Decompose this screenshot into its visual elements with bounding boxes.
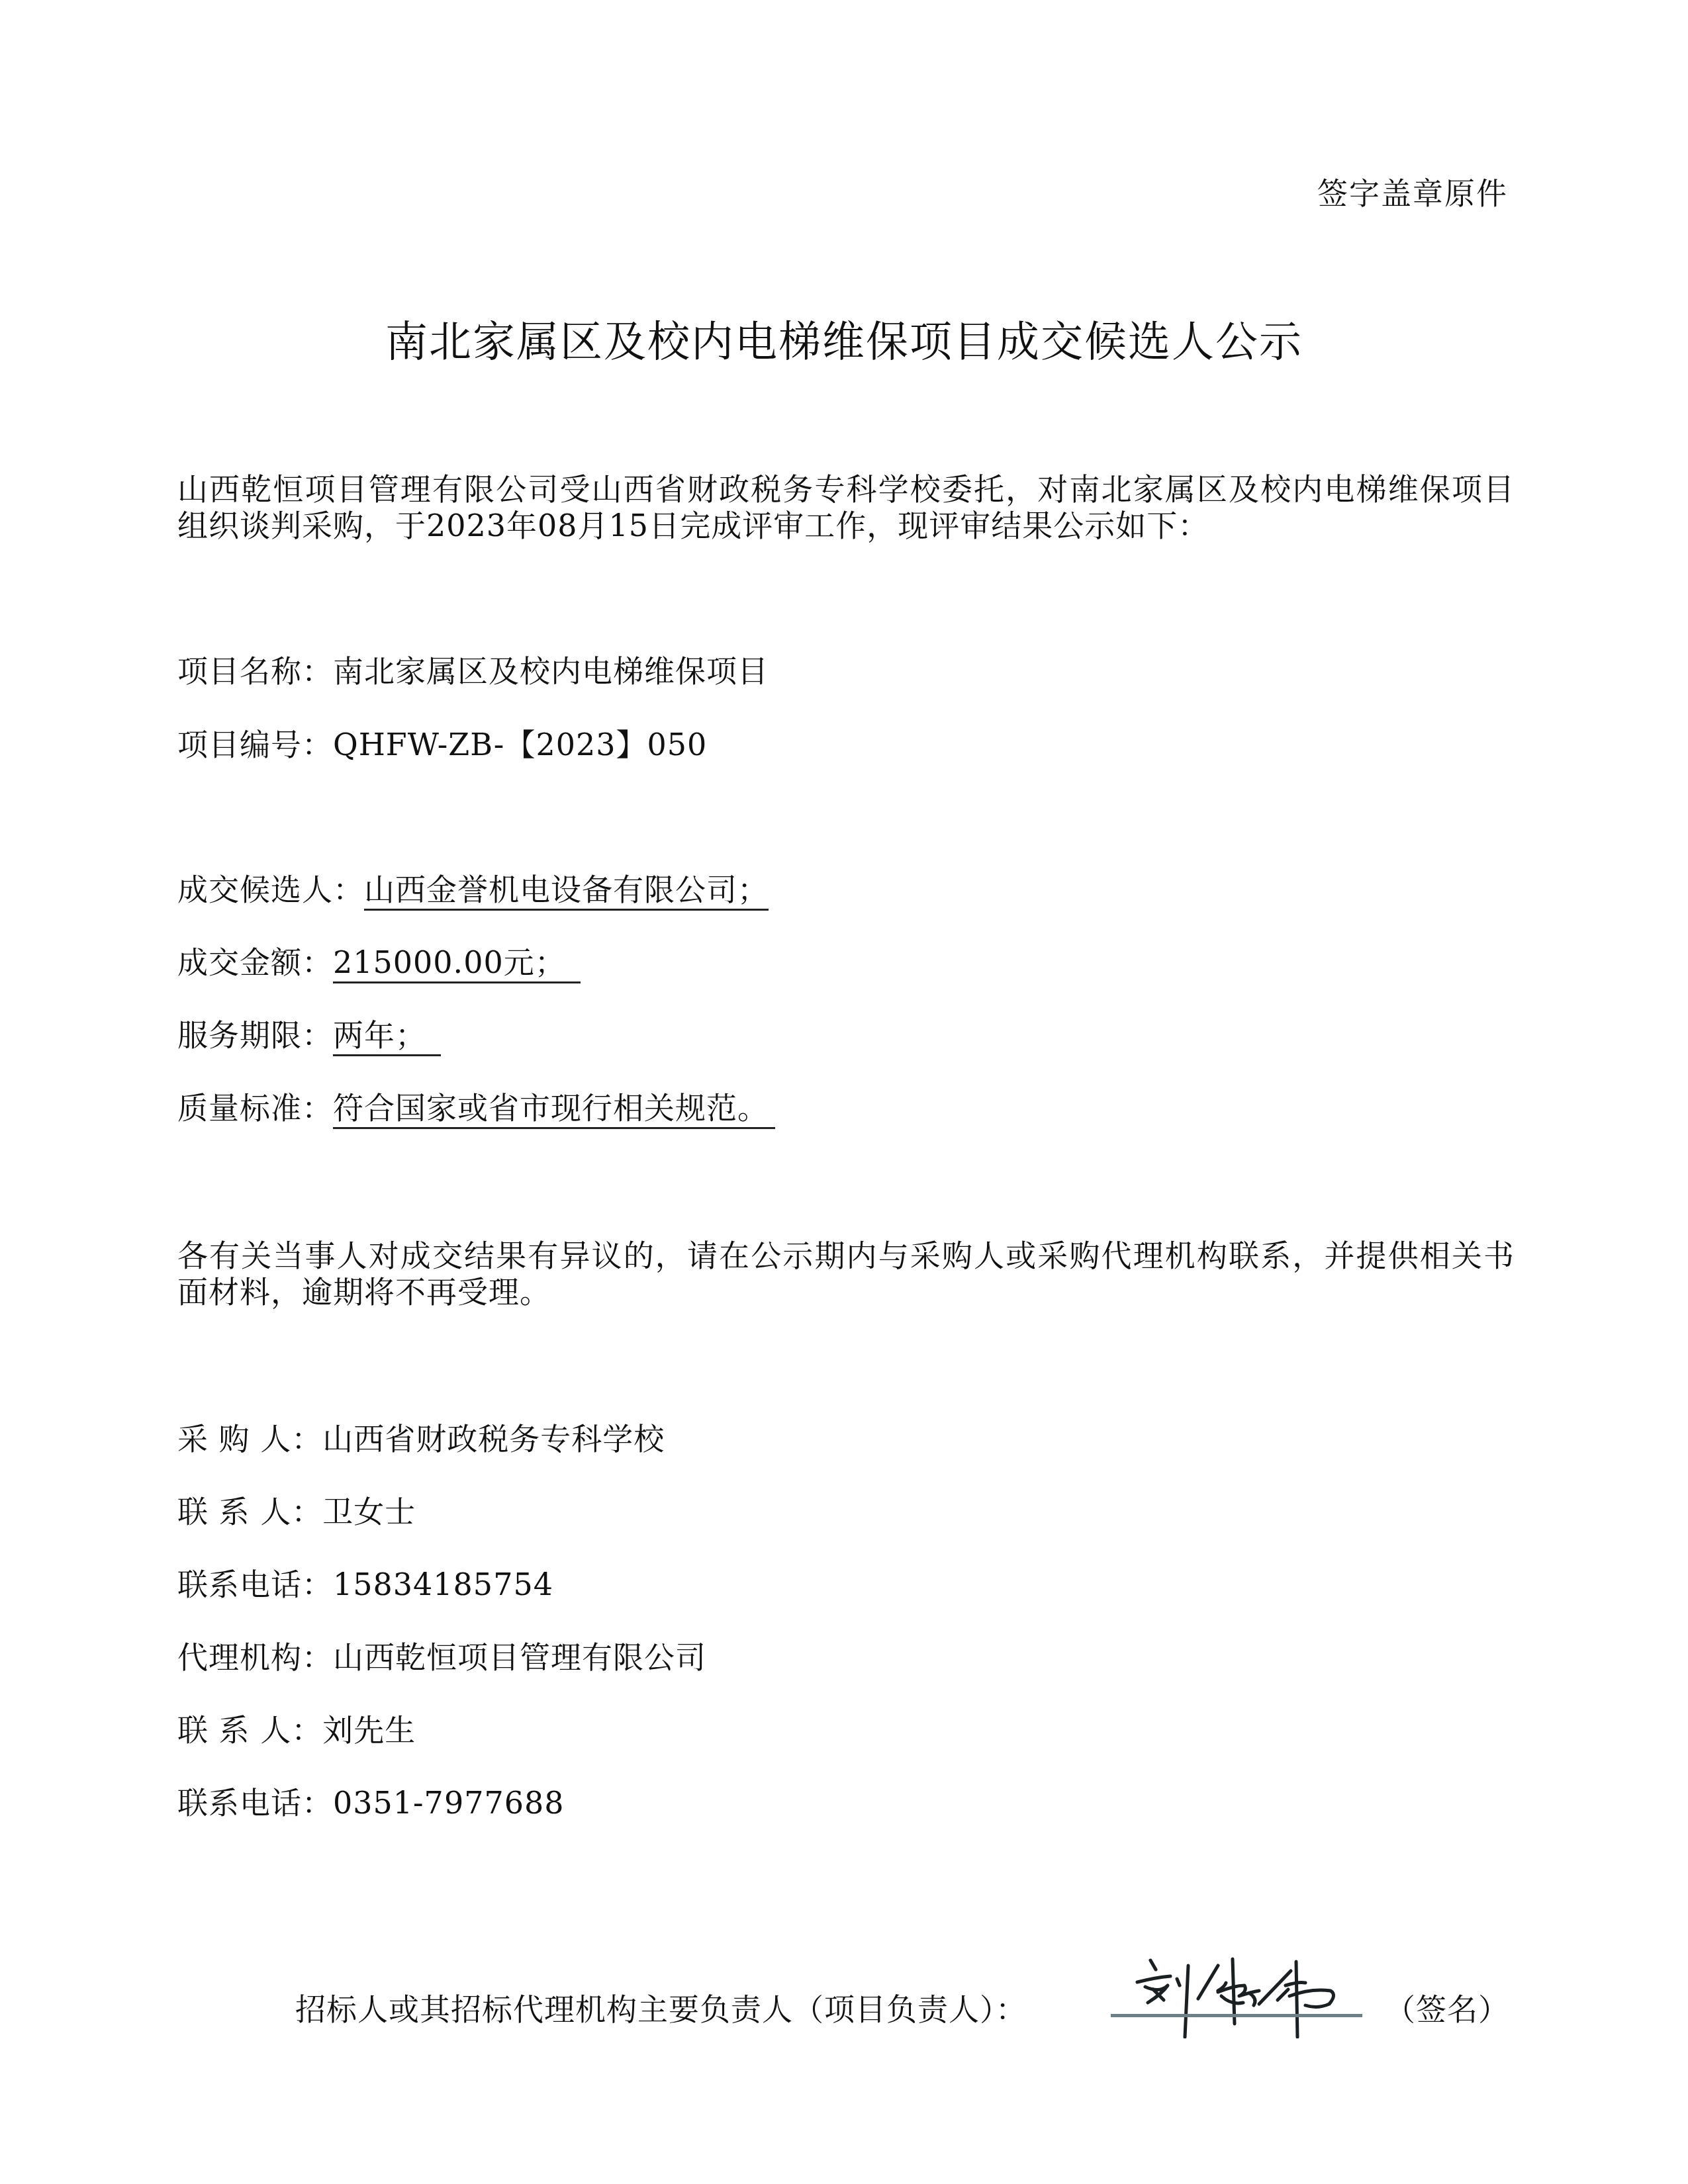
signature-suffix: （签名） bbox=[1385, 1989, 1509, 2029]
amount-row: 成交金额：215000.00元； bbox=[177, 942, 581, 982]
quality-standard-value: 符合国家或省市现行相关规范。 bbox=[333, 1090, 775, 1129]
agency-phone-row: 联系电话：0351-7977688 bbox=[177, 1783, 564, 1823]
agency-value: 山西乾恒项目管理有限公司 bbox=[333, 1639, 706, 1675]
agency-label: 代理机构： bbox=[177, 1639, 333, 1675]
project-name-value: 南北家属区及校内电梯维保项目 bbox=[333, 653, 769, 689]
signature-line bbox=[1111, 2014, 1362, 2017]
amount-value: 215000.00元； bbox=[333, 944, 581, 983]
quality-standard-label: 质量标准： bbox=[177, 1090, 333, 1126]
agency-contact-label: 联 系 人： bbox=[177, 1712, 322, 1748]
purchaser-phone-label: 联系电话： bbox=[177, 1567, 333, 1602]
purchaser-contact-label: 联 系 人： bbox=[177, 1494, 322, 1529]
project-code-label: 项目编号： bbox=[177, 727, 333, 762]
signature-label: 招标人或其招标代理机构主要负责人（项目负责人）： bbox=[295, 1989, 1027, 2029]
agency-phone-value: 0351-7977688 bbox=[333, 1785, 564, 1821]
candidate-label: 成交候选人： bbox=[177, 872, 364, 907]
agency-contact-value: 刘先生 bbox=[322, 1712, 416, 1748]
purchaser-phone-value: 15834185754 bbox=[333, 1567, 553, 1602]
candidate-value: 山西金誉机电设备有限公司； bbox=[364, 872, 769, 911]
agency-row: 代理机构：山西乾恒项目管理有限公司 bbox=[177, 1637, 706, 1677]
project-name-label: 项目名称： bbox=[177, 653, 333, 689]
document-title: 南北家属区及校内电梯维保项目成交候选人公示 bbox=[0, 312, 1688, 372]
purchaser-phone-row: 联系电话：15834185754 bbox=[177, 1565, 553, 1604]
service-period-value: 两年； bbox=[333, 1017, 441, 1056]
service-period-label: 服务期限： bbox=[177, 1017, 333, 1053]
service-period-row: 服务期限：两年； bbox=[177, 1015, 441, 1055]
project-name-row: 项目名称：南北家属区及校内电梯维保项目 bbox=[177, 651, 769, 691]
stamp-note: 签字盖章原件 bbox=[1317, 173, 1508, 213]
amount-label: 成交金额： bbox=[177, 944, 333, 980]
purchaser-label: 采 购 人： bbox=[177, 1421, 322, 1457]
purchaser-value: 山西省财政税务专科学校 bbox=[322, 1421, 665, 1457]
intro-paragraph: 山西乾恒项目管理有限公司受山西省财政税务专科学校委托，对南北家属区及校内电梯维保… bbox=[177, 471, 1515, 544]
handwritten-signature bbox=[1119, 1952, 1364, 2038]
candidate-row: 成交候选人：山西金誉机电设备有限公司； bbox=[177, 870, 769, 909]
quality-standard-row: 质量标准：符合国家或省市现行相关规范。 bbox=[177, 1088, 775, 1128]
project-code-value: QHFW-ZB-【2023】050 bbox=[333, 727, 707, 762]
purchaser-row: 采 购 人：山西省财政税务专科学校 bbox=[177, 1419, 665, 1459]
project-code-row: 项目编号：QHFW-ZB-【2023】050 bbox=[177, 725, 707, 764]
agency-contact-row: 联 系 人：刘先生 bbox=[177, 1710, 416, 1750]
purchaser-contact-value: 卫女士 bbox=[322, 1494, 416, 1529]
purchaser-contact-row: 联 系 人：卫女士 bbox=[177, 1492, 416, 1531]
agency-phone-label: 联系电话： bbox=[177, 1785, 333, 1821]
objection-notice: 各有关当事人对成交结果有异议的，请在公示期内与采购人或采购代理机构联系，并提供相… bbox=[177, 1238, 1515, 1310]
